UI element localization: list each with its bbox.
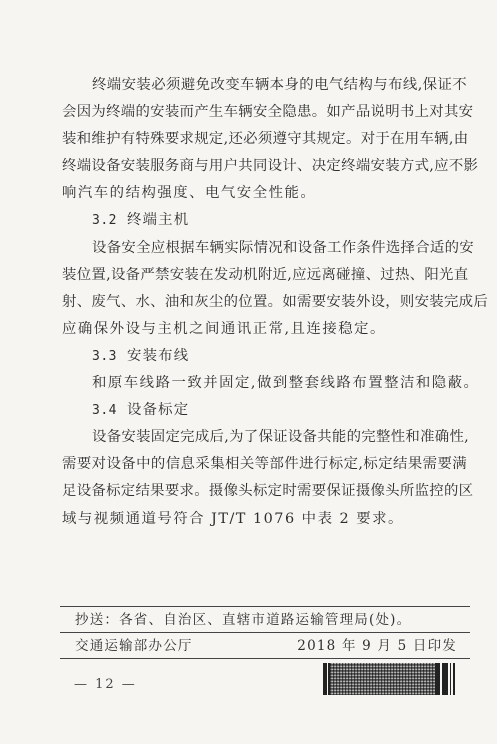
paragraph-line: 响汽车的结构强度、电气安全性能。 xyxy=(62,180,467,207)
paragraph-line: 装位置,设备严禁安装在发动机附近,应远离碰撞、过热、阳光直 xyxy=(62,262,467,289)
paragraph-line: 需要对设备中的信息采集相关等部件进行标定,标定结果需要满 xyxy=(62,451,467,478)
paragraph-line: 设备安全应根据车辆实际情况和设备工作条件选择合适的安 xyxy=(62,235,467,262)
barcode-image xyxy=(323,663,455,695)
paragraph-line: 设备安装固定完成后,为了保证设备共能的完整性和准确性, xyxy=(62,424,467,451)
issuer-name: 交通运输部办公厅 xyxy=(75,637,193,655)
paragraph-line: 射、废气、水、油和灰尘的位置。如需要安装外设，则安装完成后 xyxy=(62,289,467,316)
cc-recipients: 抄送：各省、自治区、直辖市道路运输管理局(处)。 xyxy=(75,611,411,629)
page-number: — 12 — xyxy=(74,676,137,694)
print-date: 2018 年 9 月 5 日印发 xyxy=(297,637,457,655)
section-title: 安装布线 xyxy=(127,348,189,364)
paragraph-line: 终端安装必须避免改变车辆本身的电气结构与布线,保证不 xyxy=(62,72,467,99)
footer-rule-bottom xyxy=(60,658,470,659)
cc-row: 抄送：各省、自治区、直辖市道路运输管理局(处)。 xyxy=(75,611,457,629)
paragraph-line: 装和维护有特殊要求规定,还必须遵守其规定。对于在用车辆,由 xyxy=(62,126,467,153)
footer-rule-middle xyxy=(60,632,470,633)
section-title: 终端主机 xyxy=(127,212,189,228)
section-number: 3.4 xyxy=(92,403,117,418)
document-body: 终端安装必须避免改变车辆本身的电气结构与布线,保证不 会因为终端的安装而产生车辆… xyxy=(62,72,467,533)
document-page: 终端安装必须避免改变车辆本身的电气结构与布线,保证不 会因为终端的安装而产生车辆… xyxy=(0,0,497,744)
section-title: 设备标定 xyxy=(127,402,189,418)
issuer-row: 交通运输部办公厅 2018 年 9 月 5 日印发 xyxy=(75,637,457,655)
paragraph-line: 应确保外设与主机之间通讯正常,且连接稳定。 xyxy=(62,316,467,343)
paragraph-line: 终端设备安装服务商与用户共同设计、决定终端安装方式,应不影 xyxy=(62,153,467,180)
paragraph-line: 会因为终端的安装而产生车辆安全隐患。如产品说明书上对其安 xyxy=(62,99,467,126)
section-heading-3-3: 3.3安装布线 xyxy=(62,343,467,370)
section-heading-3-4: 3.4设备标定 xyxy=(62,397,467,424)
paragraph-line: 和原车线路一致并固定,做到整套线路布置整洁和隐蔽。 xyxy=(62,370,467,397)
section-number: 3.3 xyxy=(92,349,117,364)
paragraph-line: 域与视频通道号符合 JT/T 1076 中表 2 要求。 xyxy=(62,506,467,533)
footer-rule-top xyxy=(60,606,470,607)
section-number: 3.2 xyxy=(92,213,117,228)
section-heading-3-2: 3.2终端主机 xyxy=(62,207,467,234)
paragraph-line: 足设备标定结果要求。摄像头标定时需要保证摄像头所监控的区 xyxy=(62,478,467,505)
